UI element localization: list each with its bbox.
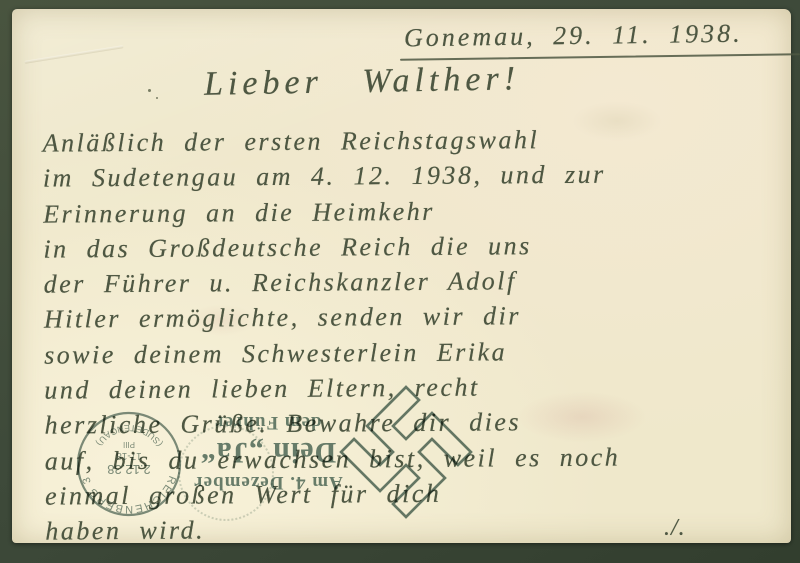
handwriting-line: sowie deinem Schwesterlein Erika [44,332,784,372]
scan-background: Gonemau, 29. 11. 1938. Lieber Walther! A… [0,0,800,563]
slogan-line-fuehrer: dem Führer [214,411,321,433]
handwriting-line: in das Großdeutsche Reich die uns [43,226,783,266]
dateline-underline [400,53,800,61]
salutation: Lieber Walther! [204,60,521,104]
svg-text:REICHENBERG 3: REICHENBERG 3 [80,474,178,515]
postmark-time: 17-18 [116,450,142,461]
handwriting-line: Anläßlich der ersten Reichstagswahl [43,120,783,160]
continuation-mark: ./. [664,515,686,542]
paper-crease [24,45,123,64]
dateline: Gonemau, 29. 11. 1938. [404,19,743,54]
postmark-town: REICHENBERG 3 [80,474,178,515]
handwriting-line: der Führer u. Reichskanzler Adolf [44,262,784,302]
slogan-cancel-stamp: Am 4. Dezember Dein „Ja“ dem Führer [180,387,456,517]
ink-speck [148,89,151,92]
slogan-text-block: Am 4. Dezember Dein „Ja“ dem Führer [180,411,356,493]
handwriting-line: Erinnerung an die Heimkehr [43,191,783,231]
handwriting-line: Hitler ermöglichte, senden wir dir [44,297,784,337]
handwriting-line: im Sudetengau am 4. 12. 1938, und zur [43,156,783,196]
postmark-code: PIII [123,440,135,449]
postmark-date: 2.12.38 [107,462,150,477]
slogan-line-date: Am 4. Dezember [193,471,343,493]
postcard: Gonemau, 29. 11. 1938. Lieber Walther! A… [12,9,791,543]
swastika-icon [335,381,476,522]
slogan-line-ja: Dein „Ja“ [200,435,337,469]
circular-postmark: REICHENBERG 3 (SUDETENGAU) 2.12.38 17-18… [74,409,184,519]
ink-speck [156,97,158,99]
